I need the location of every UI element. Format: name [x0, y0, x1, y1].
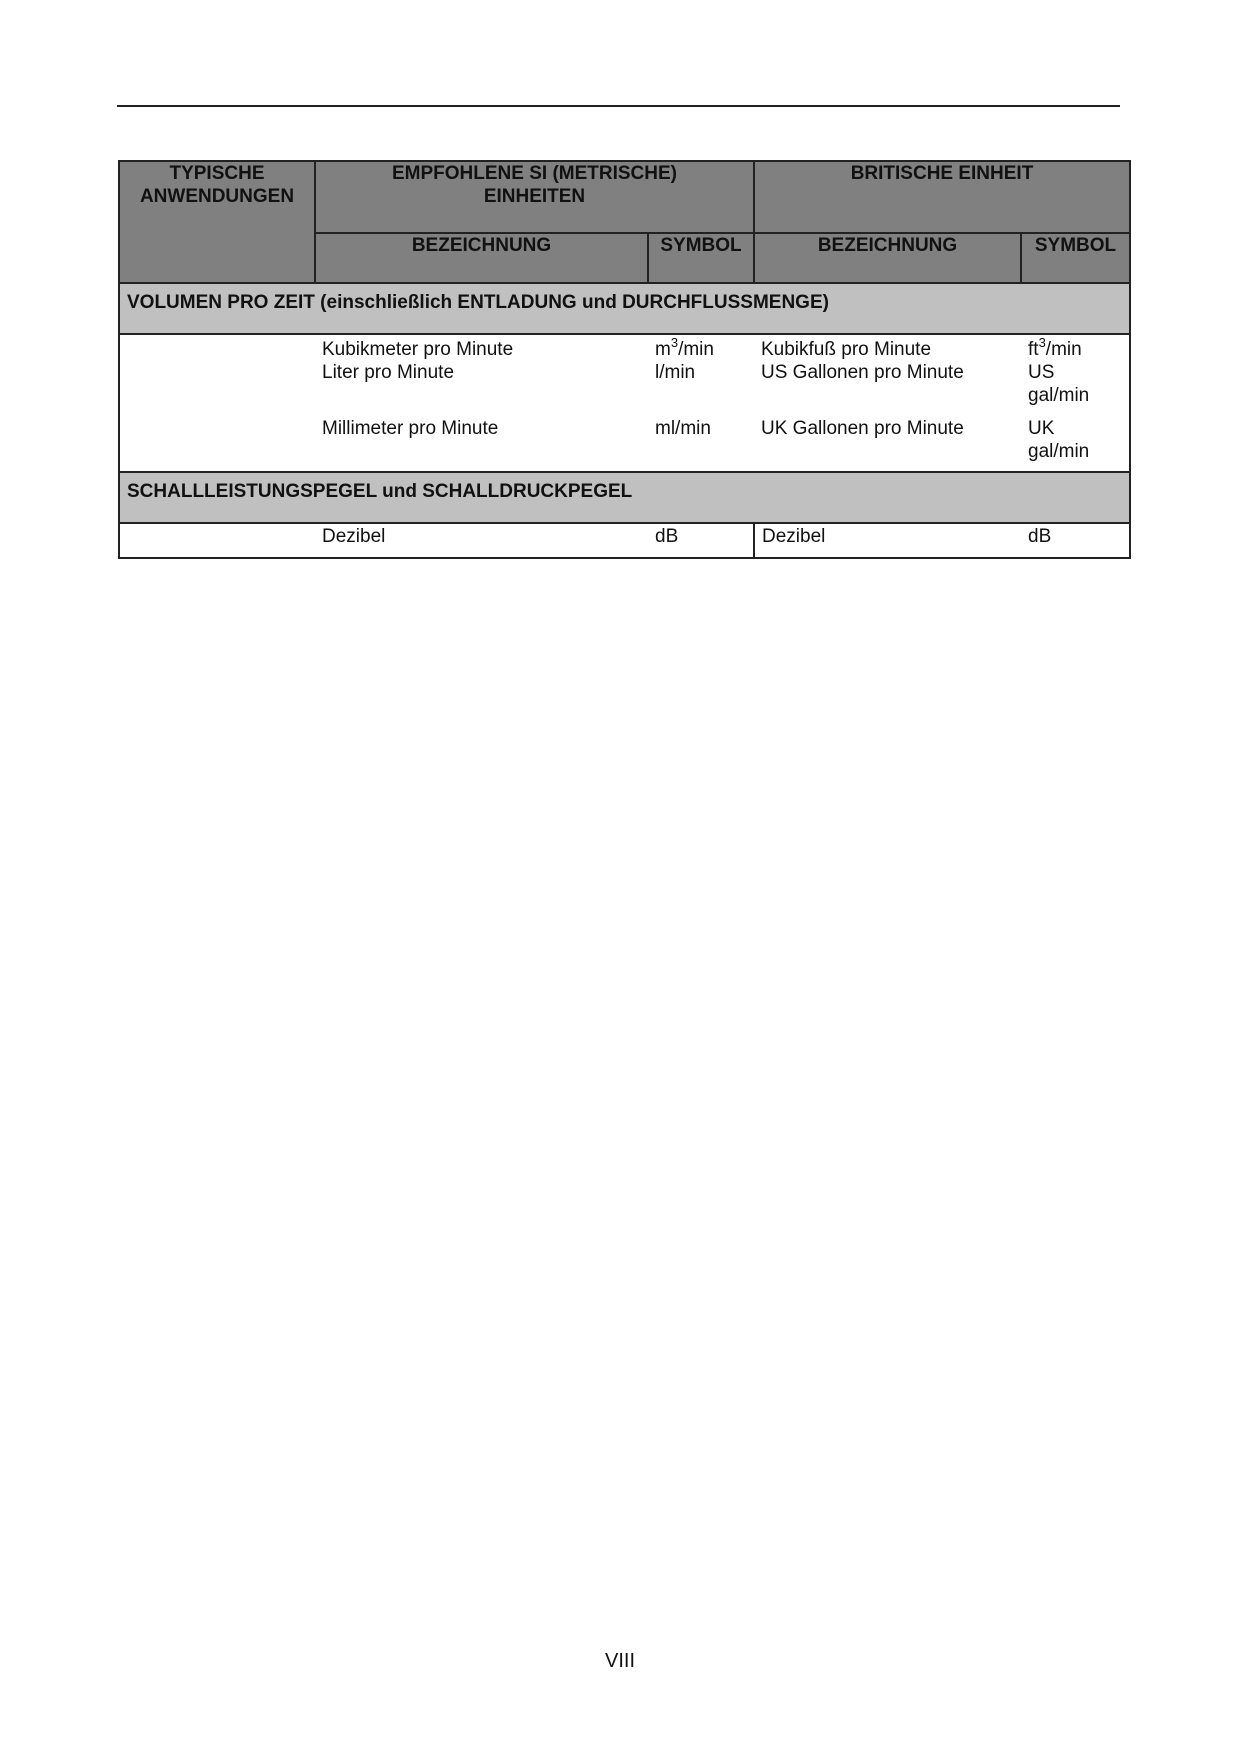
brit-symbol-rest: /min [1046, 339, 1082, 360]
application-cell [119, 523, 315, 558]
brit-symbol: ft3/min [1021, 334, 1130, 361]
header-rule [117, 105, 1120, 107]
table-row: Kubikmeter pro Minute m3/min Kubikfuß pr… [119, 334, 1130, 361]
si-symbol-rest: /min [678, 339, 714, 360]
application-cell [119, 361, 315, 417]
header-typical-applications: TYPISCHE ANWENDUNGEN [119, 161, 315, 283]
si-symbol: ml/min [648, 417, 754, 472]
section-volume-per-time: VOLUMEN PRO ZEIT (einschließlich ENTLADU… [119, 283, 1130, 334]
subheader-brit-name: BEZEICHNUNG [754, 233, 1021, 283]
si-symbol: l/min [648, 361, 754, 417]
section-sound-levels: SCHALLLEISTUNGSPEGEL und SCHALLDRUCKPEGE… [119, 472, 1130, 523]
page-number: VIII [0, 1650, 1240, 1673]
brit-symbol-line2: gal/min [1028, 440, 1122, 463]
table-row: Millimeter pro Minute ml/min UK Gallonen… [119, 417, 1130, 472]
table-row: Liter pro Minute l/min US Gallonen pro M… [119, 361, 1130, 417]
section-title: VOLUMEN PRO ZEIT (einschließlich ENTLADU… [119, 283, 1130, 334]
brit-name: Dezibel [754, 523, 1021, 558]
si-name: Dezibel [315, 523, 648, 558]
brit-symbol-line2: gal/min [1028, 384, 1122, 407]
subheader-si-symbol: SYMBOL [648, 233, 754, 283]
header-british-units: BRITISCHE EINHEIT [754, 161, 1130, 233]
header-si-units: EMPFOHLENE SI (METRISCHE) EINHEITEN [315, 161, 754, 233]
header-row: TYPISCHE ANWENDUNGEN EMPFOHLENE SI (METR… [119, 161, 1130, 233]
brit-symbol: USgal/min [1021, 361, 1130, 417]
si-symbol: m3/min [648, 334, 754, 361]
si-symbol: dB [648, 523, 754, 558]
application-cell [119, 334, 315, 361]
brit-name: US Gallonen pro Minute [754, 361, 1021, 417]
table-row: Dezibel dB Dezibel dB [119, 523, 1130, 558]
header-si-units-label: EMPFOHLENE SI (METRISCHE) EINHEITEN [375, 162, 695, 208]
application-cell [119, 417, 315, 472]
brit-symbol-base: ft [1028, 339, 1039, 360]
brit-symbol-exponent: 3 [1039, 335, 1046, 350]
brit-symbol: dB [1021, 523, 1130, 558]
subheader-si-name: BEZEICHNUNG [315, 233, 648, 283]
si-symbol-base: m [655, 339, 671, 360]
subheader-brit-symbol: SYMBOL [1021, 233, 1130, 283]
section-title: SCHALLLEISTUNGSPEGEL und SCHALLDRUCKPEGE… [119, 472, 1130, 523]
si-name: Millimeter pro Minute [315, 417, 648, 472]
brit-symbol-line1: UK [1028, 417, 1122, 440]
units-table: TYPISCHE ANWENDUNGEN EMPFOHLENE SI (METR… [118, 160, 1131, 559]
brit-name: Kubikfuß pro Minute [754, 334, 1021, 361]
brit-name: UK Gallonen pro Minute [754, 417, 1021, 472]
si-name: Liter pro Minute [315, 361, 648, 417]
brit-symbol-line1: US [1028, 361, 1122, 384]
si-name: Kubikmeter pro Minute [315, 334, 648, 361]
brit-symbol: UKgal/min [1021, 417, 1130, 472]
si-symbol-exponent: 3 [671, 335, 678, 350]
